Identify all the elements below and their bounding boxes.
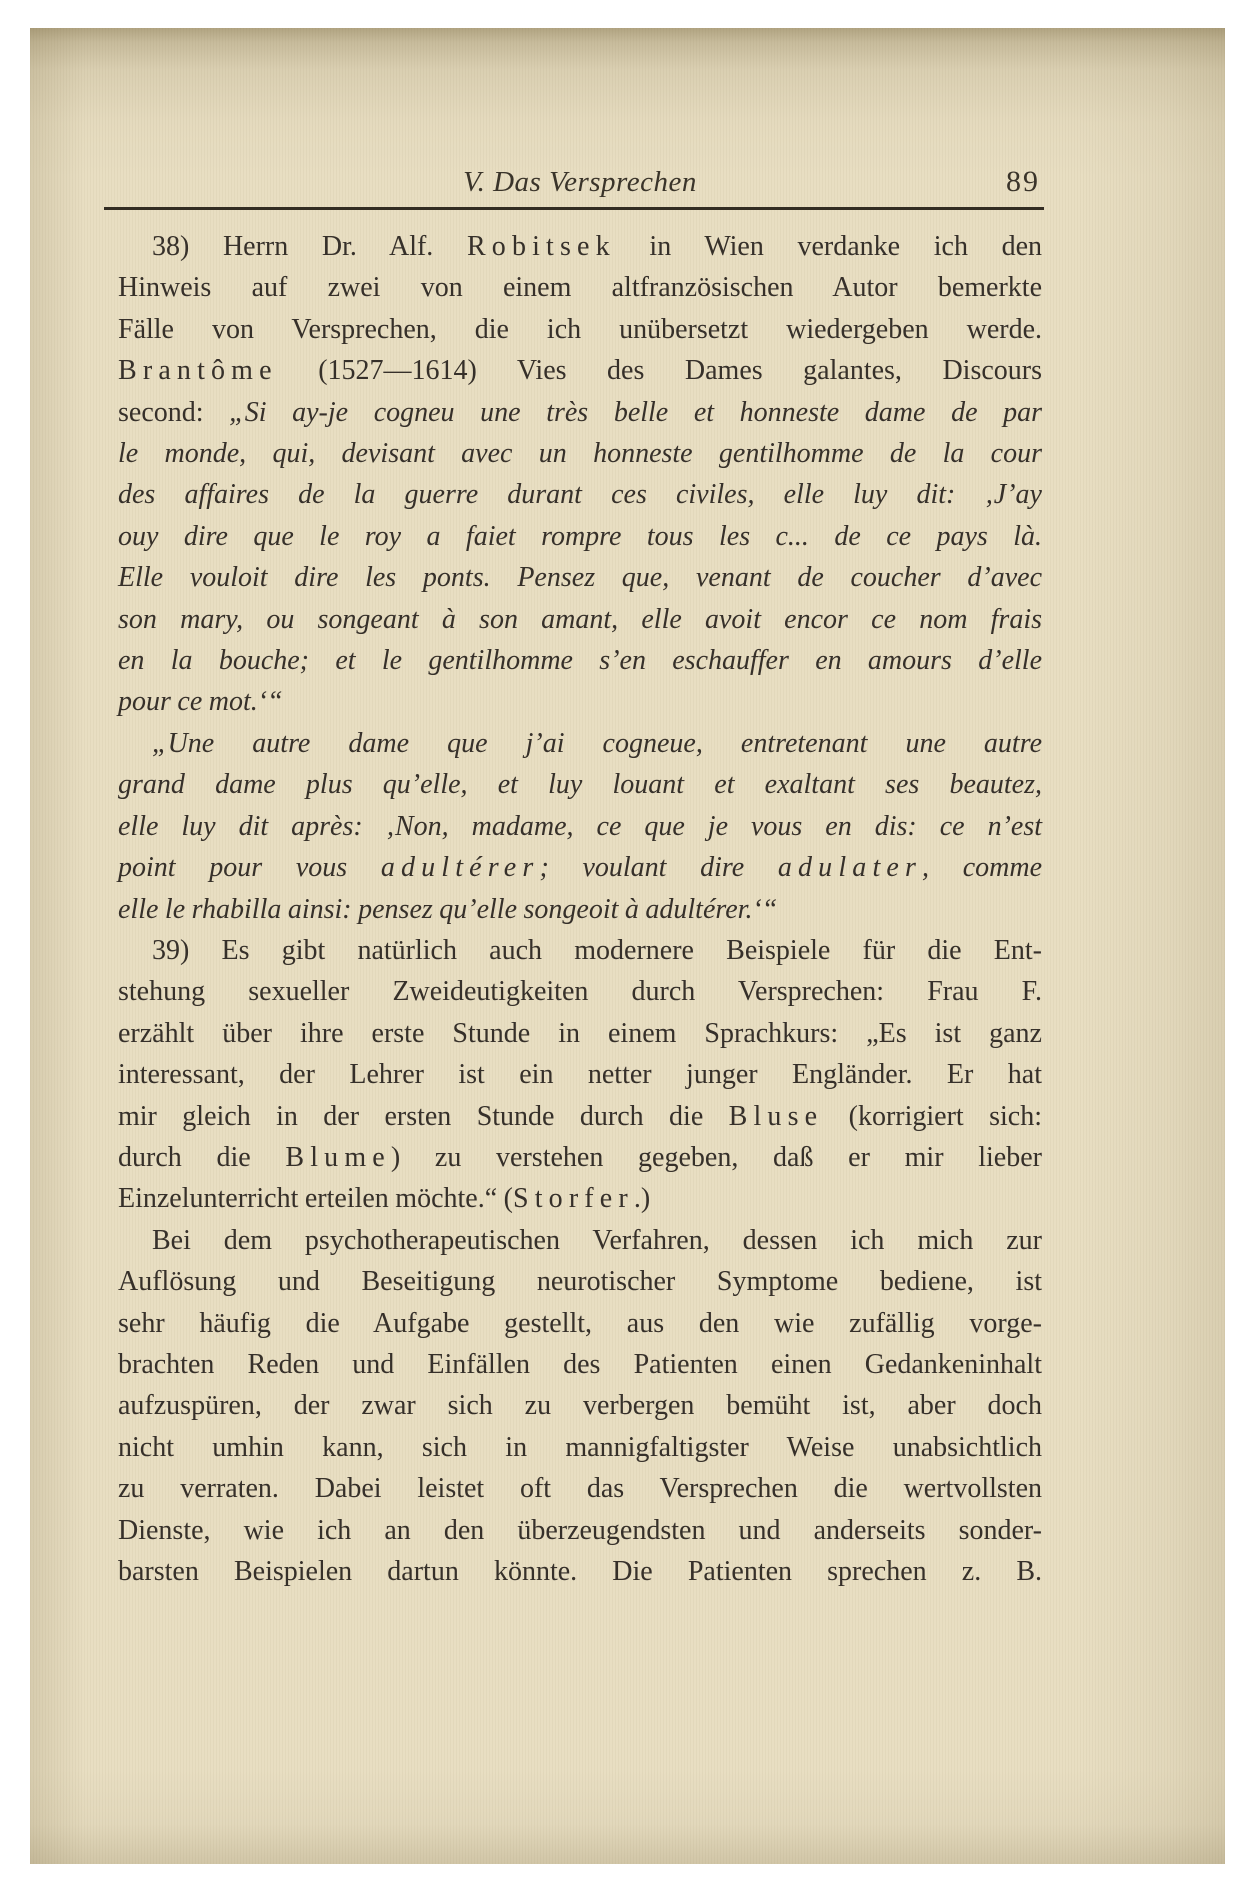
text-line: Auflösung und Beseitigung neurotischer S…	[118, 1261, 1042, 1302]
text-line: brachten Reden und Einfällen des Patient…	[118, 1344, 1042, 1385]
text-line: aufzuspüren, der zwar sich zu verbergen …	[118, 1385, 1042, 1426]
text-line: Dienste, wie ich an den überzeugendsten …	[118, 1510, 1042, 1551]
text-line: nicht umhin kann, sich in mannigfaltigst…	[118, 1427, 1042, 1468]
text-line: zu verraten. Dabei leistet oft das Versp…	[118, 1468, 1042, 1509]
text-line: elle le rhabilla ainsi: pensez qu’elle s…	[118, 889, 1042, 930]
text-line: pour ce mot.‘“	[118, 681, 1042, 722]
text-line: Brantôme (1527—1614) Vies des Dames gala…	[118, 350, 1042, 391]
text-line: barsten Beispielen dartun könnte. Die Pa…	[118, 1551, 1042, 1592]
text-line: Bei dem psychotherapeutischen Verfahren,…	[118, 1220, 1042, 1261]
text-line: erzählt über ihre erste Stunde in einem …	[118, 1013, 1042, 1054]
text-line: son mary, ou songeant à son amant, elle …	[118, 599, 1042, 640]
page-number: 89	[1006, 162, 1040, 202]
text-line: mir gleich in der ersten Stunde durch di…	[118, 1096, 1042, 1137]
text-line: en la bouche; et le gentilhomme s’en esc…	[118, 640, 1042, 681]
text-line: second: „Si ay-je cogneu une très belle …	[118, 392, 1042, 433]
text-line: Hinweis auf zwei von einem altfranzösisc…	[118, 267, 1042, 308]
text-line: „Une autre dame que j’ai cogneue, entret…	[118, 723, 1042, 764]
text-line: Fälle von Versprechen, die ich unüberset…	[118, 309, 1042, 350]
text-line: 38) Herrn Dr. Alf. Robitsek in Wien verd…	[118, 226, 1042, 267]
text-line: durch die Blume) zu verstehen gegeben, d…	[118, 1137, 1042, 1178]
text-line: interessant, der Lehrer ist ein netter j…	[118, 1054, 1042, 1095]
text-line: des affaires de la guerre durant ces civ…	[118, 474, 1042, 515]
text-line: elle luy dit après: ‚Non, madame, ce que…	[118, 806, 1042, 847]
text-line: Einzelunterricht erteilen möchte.“ (Stor…	[118, 1178, 1042, 1219]
text-line: stehung sexueller Zweideutigkeiten durch…	[118, 971, 1042, 1012]
page-header: V. Das Versprechen 89	[118, 162, 1042, 202]
text-line: le monde, qui, devisant avec un honneste…	[118, 433, 1042, 474]
body-text: 38) Herrn Dr. Alf. Robitsek in Wien verd…	[118, 226, 1042, 1592]
text-line: grand dame plus qu’elle, et luy louant e…	[118, 764, 1042, 805]
text-line: ouy dire que le roy a faiet rompre tous …	[118, 516, 1042, 557]
header-rule	[104, 207, 1044, 210]
text-line: Elle vouloit dire les ponts. Pensez que,…	[118, 557, 1042, 598]
running-title: V. Das Versprechen	[118, 162, 1042, 202]
book-page-scan: V. Das Versprechen 89 38) Herrn Dr. Alf.…	[30, 28, 1225, 1864]
text-line: point pour vous adultérer; voulant dire …	[118, 847, 1042, 888]
text-line: 39) Es gibt natürlich auch modernere Bei…	[118, 930, 1042, 971]
text-line: sehr häufig die Aufgabe gestellt, aus de…	[118, 1303, 1042, 1344]
